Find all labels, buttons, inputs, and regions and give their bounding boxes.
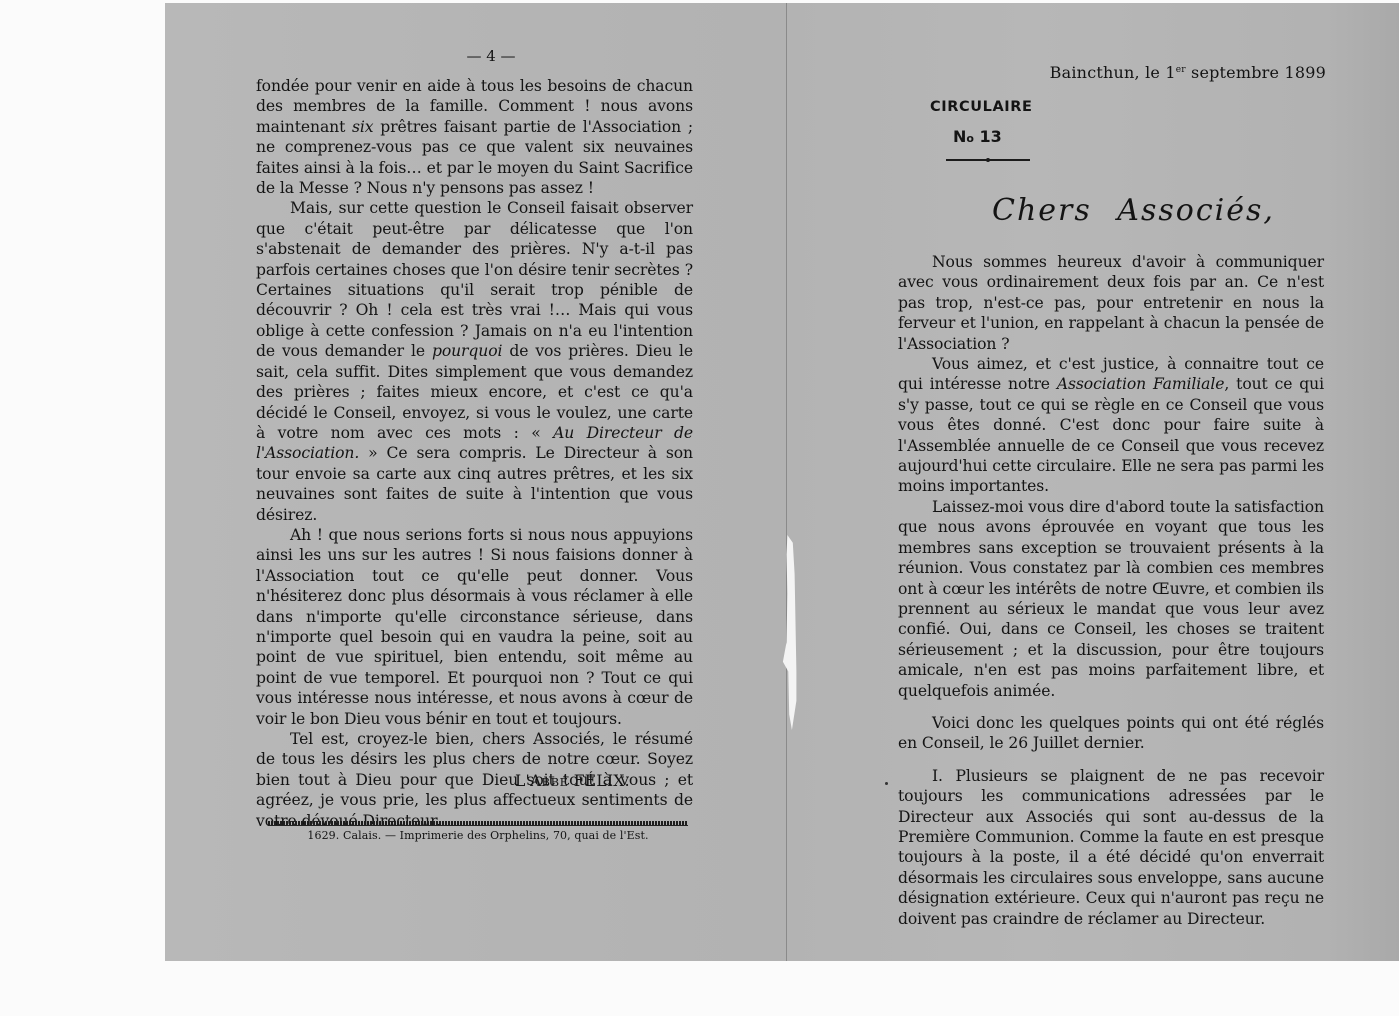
signature-name: FÉLIX. — [569, 772, 630, 790]
left-page: — 4 — fondée pour venir en aide à tous l… — [165, 3, 787, 961]
printer-imprint: 1629. Calais. — Imprimerie des Orphelins… — [268, 829, 688, 842]
page-fold — [786, 3, 787, 961]
signature-text: L'A — [515, 772, 542, 790]
paragraph: Voici donc les quelques points qui ont é… — [898, 713, 1324, 754]
dateline: Baincthun, le 1er septembre 1899 — [1050, 63, 1326, 82]
dateline-date: septembre 1899 — [1186, 63, 1326, 82]
signature: L'ABBÉ FÉLIX. — [515, 772, 630, 790]
right-page: Baincthun, le 1er septembre 1899 CIRCULA… — [787, 3, 1399, 961]
circular-label: CIRCULAIRE — [930, 99, 1033, 115]
decorative-rule — [946, 159, 1030, 161]
paragraph: Laissez-moi vous dire d'abord toute la s… — [898, 497, 1324, 701]
paragraph: Ah ! que nous serions forts si nous nous… — [256, 525, 693, 729]
number-prefix: N — [953, 127, 966, 146]
left-page-body: fondée pour venir en aide à tous les bes… — [256, 76, 693, 831]
signature-small-caps: BBÉ — [542, 775, 569, 789]
paragraph: I. Plusieurs se plaignent de ne pas rece… — [898, 766, 1324, 929]
right-page-body: Nous sommes heureux d'avoir à communique… — [898, 252, 1324, 929]
dateline-sup: er — [1176, 65, 1186, 75]
italic-text: Association Familiale — [1057, 375, 1225, 393]
text-run: Mais, sur cette question le Conseil fais… — [256, 199, 693, 360]
number-value: 13 — [974, 127, 1002, 146]
decorative-rule — [268, 821, 688, 826]
scanned-document: — 4 — fondée pour venir en aide à tous l… — [0, 0, 1399, 1016]
italic-text: pourquoi — [432, 342, 502, 360]
page-number: — 4 — — [165, 47, 787, 65]
paragraph: Mais, sur cette question le Conseil fais… — [256, 198, 693, 525]
paragraph: fondée pour venir en aide à tous les bes… — [256, 76, 693, 198]
salutation-heading: Chers Associés, — [992, 193, 1275, 228]
circular-number: No 13 — [953, 127, 1002, 146]
text-run: , tout ce qui s'y passe, tout ce qui se … — [898, 375, 1324, 495]
number-sup: o — [966, 132, 974, 145]
paragraph: Vous aimez, et c'est justice, à connaitr… — [898, 354, 1324, 497]
page-number-text: — 4 — — [466, 47, 515, 65]
dateline-place: Baincthun, le 1 — [1050, 63, 1176, 82]
ink-speck — [885, 782, 888, 785]
italic-text: six — [352, 118, 373, 136]
paragraph: Nous sommes heureux d'avoir à communique… — [898, 252, 1324, 354]
